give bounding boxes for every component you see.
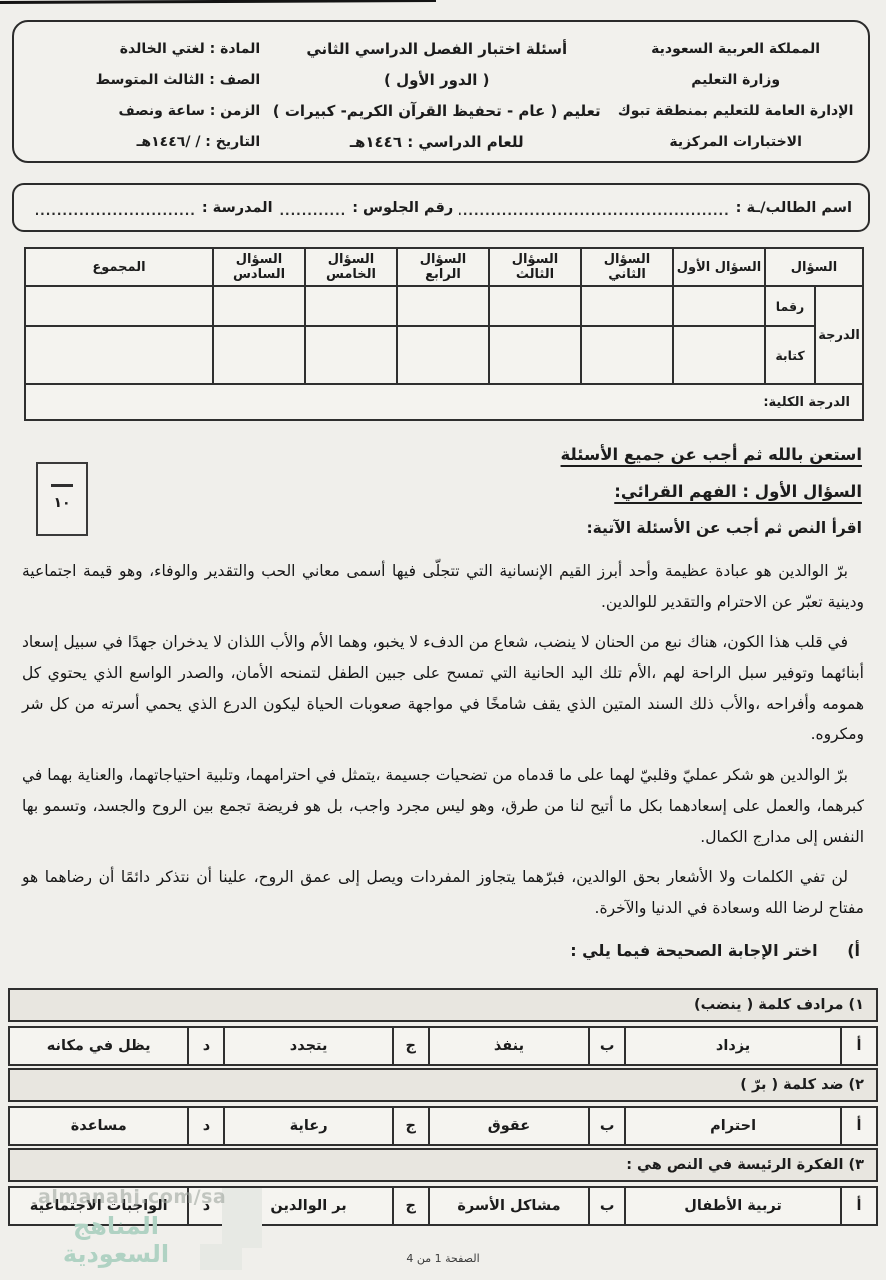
grade-cell-empty [213,326,305,384]
header-exam-column: أسئلة اختبار الفصل الدراسي الثاني ( الدو… [270,34,603,161]
option-text-a: احترام [624,1106,842,1146]
mcq-question-2-text: ٢) ضد كلمة ( برّ ) [8,1068,878,1102]
option-text-a: يزداد [624,1026,842,1066]
section-a-instruction: اختر الإجابة الصحيحة فيما يلي : [570,941,817,960]
header-ministry-column: المملكة العربية السعودية وزارة التعليم ا… [603,34,868,161]
mcq-question-1-options: أ يزداد ب ينفذ ج يتجدد د يظل في مكانه [8,1026,878,1066]
option-letter-c: ج [392,1026,430,1066]
option-text-b: عقوق [428,1106,590,1146]
option-text-b: مشاكل الأسرة [428,1186,590,1226]
option-letter-a: أ [840,1186,878,1226]
option-letter-d: د [187,1106,225,1146]
watermark-block-shape [222,1188,262,1248]
option-text-d: مساعدة [8,1106,189,1146]
grade-col-total: المجموع [25,248,213,286]
grade-col-q4: السؤال الرابع [397,248,489,286]
academic-year: للعام الدراسي : ١٤٤٦هـ [270,127,603,158]
option-letter-a: أ [840,1106,878,1146]
option-letter-d: د [187,1026,225,1066]
grade-cell-empty [581,326,673,384]
grade-cell-empty [25,326,213,384]
exam-title: أسئلة اختبار الفصل الدراسي الثاني [270,34,603,65]
passage-paragraph-3: برّ الوالدين هو شكر عمليّ وقلبيّ لهما عل… [22,760,864,852]
option-letter-b: ب [588,1026,626,1066]
school-field: ........................................… [36,204,196,218]
exam-header-box: المملكة العربية السعودية وزارة التعليم ا… [12,20,870,163]
option-text-a: تربية الأطفال [624,1186,842,1226]
option-text-c: رعاية [223,1106,393,1146]
option-text-d: يظل في مكانه [8,1026,189,1066]
option-text-c: يتجدد [223,1026,393,1066]
time-label: الزمن : ساعة ونصف [14,96,260,127]
student-info-bar: اسم الطالب/ـة : ........................… [12,183,870,232]
read-text-instruction: اقرأ النص ثم أجب عن الأسئلة الآتية: [561,510,862,547]
exam-track: تعليم ( عام - تحفيظ القرآن الكريم- كبيرا… [270,96,603,127]
instructions-block: استعن بالله ثم أجب عن جميع الأسئلة السؤا… [561,436,862,547]
grade-degree-label: الدرجة [815,286,863,384]
option-letter-c: ج [392,1106,430,1146]
grade-label: الصف : الثالث المتوسط [14,65,260,96]
grade-cell-empty [581,286,673,326]
mcq-question-2: ٢) ضد كلمة ( برّ ) أ احترام ب عقوق ج رعا… [8,1068,878,1146]
option-text-b: ينفذ [428,1026,590,1066]
seat-number-field: .................. [279,204,347,218]
section-a-title: أ) اختر الإجابة الصحيحة فيما يلي : [570,941,860,960]
grade-row-written-label: كتابة [765,326,815,384]
grade-col-q6: السؤال السادس [213,248,305,286]
seat-number-label: رقم الجلوس : [352,200,453,216]
grade-table: السؤال السؤال الأول السؤال الثاني السؤال… [24,247,864,421]
grade-cell-empty [489,326,581,384]
passage-paragraph-2: في قلب هذا الكون، هناك نبع من الحنان لا … [22,627,864,750]
grade-row-numeric-label: رقما [765,286,815,326]
question-one-title: السؤال الأول : الفهم القرائي: [561,473,862,510]
exam-round: ( الدور الأول ) [270,65,603,96]
ministry-title: وزارة التعليم [603,65,868,96]
grade-cell-empty [397,286,489,326]
subject-label: المادة : لغتي الخالدة [14,34,260,65]
header-subject-column: المادة : لغتي الخالدة الصف : الثالث المت… [14,34,270,161]
invocation-line: استعن بالله ثم أجب عن جميع الأسئلة [561,436,862,473]
grade-col-q1: السؤال الأول [673,248,765,286]
student-name-field: ........................................… [459,204,729,218]
option-letter-a: أ [840,1026,878,1066]
grade-cell-empty [673,326,765,384]
grade-table-question-header: السؤال [765,248,863,286]
mcq-question-3-text: ٣) الفكرة الرئيسة في النص هي : [8,1148,878,1182]
date-label: التاريخ : / /١٤٤٦هـ [14,127,260,158]
score-fraction-line [51,484,73,487]
page-number-footer: الصفحة 1 من 4 [0,1252,886,1265]
passage-paragraph-4: لن تفي الكلمات ولا الأشعار بحق الوالدين،… [22,862,864,923]
grade-cell-empty [397,326,489,384]
school-label: المدرسة : [202,200,273,216]
option-letter-b: ب [588,1106,626,1146]
reading-passage: برّ الوالدين هو عبادة عظيمة وأحد أبرز ال… [22,556,864,934]
student-name-label: اسم الطالب/ـة : [736,200,852,216]
passage-paragraph-1: برّ الوالدين هو عبادة عظيمة وأحد أبرز ال… [22,556,864,617]
grade-cell-empty [305,286,397,326]
central-exams-label: الاختبارات المركزية [603,127,868,158]
grade-cell-empty [305,326,397,384]
country-title: المملكة العربية السعودية [603,34,868,65]
grade-cell-empty [489,286,581,326]
watermark-url-text: almanahj.com/sa [38,1186,226,1208]
education-directorate: الإدارة العامة للتعليم بمنطقة تبوك [603,96,868,127]
grade-col-q2: السؤال الثاني [581,248,673,286]
scan-artifact-line [0,0,436,4]
question-score-box: ١٠ [36,462,88,536]
grade-cell-empty [673,286,765,326]
grade-cell-empty [25,286,213,326]
exam-page: المملكة العربية السعودية وزارة التعليم ا… [0,0,886,1280]
grade-col-q3: السؤال الثالث [489,248,581,286]
section-a-letter: أ) [847,941,860,960]
mcq-question-2-options: أ احترام ب عقوق ج رعاية د مساعدة [8,1106,878,1146]
mcq-question-1-text: ١) مرادف كلمة ( ينضب) [8,988,878,1022]
mcq-question-1: ١) مرادف كلمة ( ينضب) أ يزداد ب ينفذ ج ي… [8,988,878,1066]
grade-col-q5: السؤال الخامس [305,248,397,286]
grade-cell-empty [213,286,305,326]
option-letter-b: ب [588,1186,626,1226]
option-letter-c: ج [392,1186,430,1226]
grade-total-label: الدرجة الكلية: [25,384,863,420]
score-max-value: ١٠ [38,495,86,511]
